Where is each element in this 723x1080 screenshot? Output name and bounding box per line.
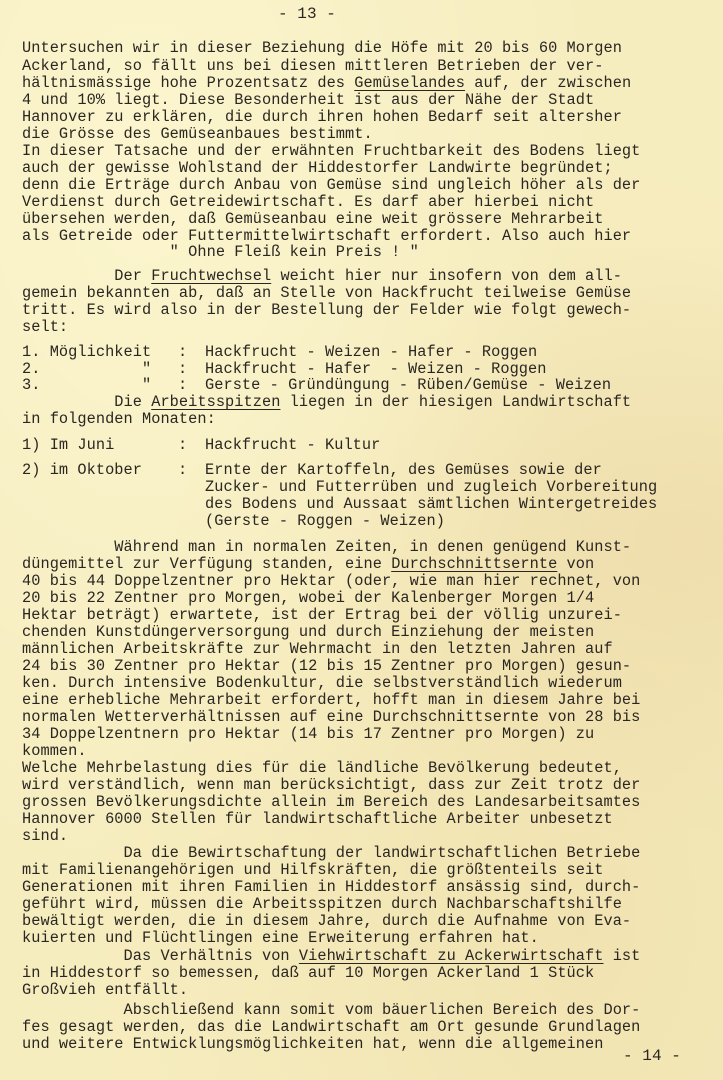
separator-colon: :: [178, 437, 187, 454]
separator-colon: :: [178, 344, 187, 361]
text-line: chenden Kunstdüngerversorgung und durch …: [22, 624, 594, 641]
text-run: hältnismässige hohe Prozentsatz des: [22, 74, 354, 92]
text-line: übersehen werden, daß Gemüseanbau eine w…: [22, 211, 603, 228]
work-peak-description: (Gerste - Roggen - Weizen): [205, 513, 445, 530]
text-line: sind.: [22, 828, 68, 845]
text-line: Ackerland, so fällt uns bei diesen mittl…: [22, 58, 603, 75]
typewritten-page: - 13 - Untersuchen wir in dieser Beziehu…: [0, 0, 723, 1080]
text-line: tritt. Es wird also in der Bestellung de…: [22, 302, 631, 319]
work-peak-month: 1) Im Juni: [22, 437, 114, 454]
text-line: In dieser Tatsache und der erwähnten Fru…: [22, 143, 640, 160]
underlined-term: Gemüselandes: [354, 74, 465, 92]
text-run: von: [557, 555, 594, 573]
underlined-term: Viehwirtschaft zu Ackerwirtschaft: [299, 947, 604, 965]
text-line: kuierten und Flüchtlingen eine Erweiteru…: [22, 930, 539, 947]
text-run: liegen in der hiesigen Landwirtschaft: [280, 393, 631, 411]
text-line: Die Arbeitsspitzen liegen in der hiesige…: [22, 394, 631, 411]
text-line: Während man in normalen Zeiten, in denen…: [22, 539, 631, 556]
text-line: hältnismässige hohe Prozentsatz des Gemü…: [22, 75, 631, 92]
text-line: bewältigt werden, die in diesem Jahre, d…: [22, 913, 631, 930]
text-line: mit Familienangehörigen und Hilfskräften…: [22, 862, 603, 879]
text-line: 4 und 10% liegt. Diese Besonderheit ist …: [22, 92, 594, 109]
text-line: kommen.: [22, 743, 87, 760]
work-peak-description: Hackfrucht - Kultur: [205, 437, 380, 454]
page-number-footer: - 14 -: [623, 1048, 681, 1065]
text-line: 20 bis 22 Zentner pro Morgen, wobei der …: [22, 590, 594, 607]
text-line: düngemittel zur Verfügung standen, eine …: [22, 556, 594, 573]
text-line: eine erhebliche Mehrarbeit erfordert, ho…: [22, 692, 640, 709]
text-run: düngemittel zur Verfügung standen, eine: [22, 555, 391, 573]
text-run: weicht hier nur insofern von dem all-: [271, 267, 622, 285]
text-line: und weitere Entwicklungsmöglichkeiten ha…: [22, 1036, 603, 1053]
text-run: ist: [603, 947, 640, 965]
text-line: in folgenden Monaten:: [22, 411, 216, 428]
work-peak-description: Zucker- und Futterrüben und zugleich Vor…: [205, 479, 657, 496]
text-line: Abschließend kann somit vom bäuerlichen …: [22, 1002, 640, 1019]
text-line: in Hiddestorf so bemessen, daß auf 10 Mo…: [22, 965, 594, 982]
text-line: Hektar beträgt) erwartete, ist der Ertra…: [22, 607, 622, 624]
rotation-option-label: 3. ": [22, 377, 151, 394]
work-peak-description: des Bodens und Aussaat sämtlichen Winter…: [205, 496, 657, 513]
separator-colon: :: [178, 377, 187, 394]
underlined-term: Durchschnittsernte: [391, 555, 557, 573]
text-line: wird verständlich, wenn man berücksichti…: [22, 777, 640, 794]
text-line: männlichen Arbeitskräfte zur Wehrmacht i…: [22, 641, 613, 658]
text-run: Die: [22, 393, 151, 411]
text-line: Verdienst durch Getreidewirtschaft. Es d…: [22, 194, 594, 211]
text-line: Hannover zu erklären, die durch ihren ho…: [22, 109, 622, 126]
text-line: Welche Mehrbelastung dies für die ländli…: [22, 760, 622, 777]
text-line: Hannover 6000 Stellen für landwirtschaft…: [22, 811, 613, 828]
work-peak-description: Ernte der Kartoffeln, des Gemüses sowie …: [205, 462, 602, 479]
text-line: Großvieh entfällt.: [22, 982, 188, 999]
text-line: Das Verhältnis von Viehwirtschaft zu Ack…: [22, 948, 640, 965]
text-line: selt:: [22, 319, 68, 336]
text-line: " Ohne Fleiß kein Preis ! ": [22, 244, 419, 261]
text-line: Untersuchen wir in dieser Beziehung die …: [22, 40, 622, 57]
text-run: auf, der zwischen: [465, 74, 631, 92]
text-line: gemein bekannten ab, daß an Stelle von H…: [22, 285, 631, 302]
rotation-sequence: Hackfrucht - Weizen - Hafer - Roggen: [205, 344, 537, 361]
text-line: ken. Durch intensive Bodenkultur, die se…: [22, 675, 622, 692]
separator-colon: :: [178, 462, 187, 479]
text-line: denn die Erträge durch Anbau von Gemüse …: [22, 177, 640, 194]
text-line: geführt wird, müssen die Arbeitsspitzen …: [22, 896, 622, 913]
text-line: grossen Bevölkerungsdichte allein im Ber…: [22, 794, 640, 811]
page-number-header: - 13 -: [278, 6, 336, 23]
underlined-term: Fruchtwechsel: [151, 267, 271, 285]
text-line: die Grösse des Gemüseanbaues bestimmt.: [22, 126, 373, 143]
text-run: Das Verhältnis von: [22, 947, 299, 965]
underlined-term: Arbeitsspitzen: [151, 393, 280, 411]
text-run: Der: [22, 267, 151, 285]
text-line: auch der gewisse Wohlstand der Hiddestor…: [22, 160, 613, 177]
text-line: normalen Wetterverhältnissen auf eine Du…: [22, 709, 640, 726]
text-line: 40 bis 44 Doppelzentner pro Hektar (oder…: [22, 573, 640, 590]
work-peak-month: 2) im Oktober: [22, 462, 142, 479]
text-line: 24 bis 30 Zentner pro Hektar (12 bis 15 …: [22, 658, 631, 675]
text-line: Da die Bewirtschaftung der landwirtschaf…: [22, 845, 640, 862]
text-line: fes gesagt werden, das die Landwirtschaf…: [22, 1019, 640, 1036]
rotation-option-label: 1. Möglichkeit: [22, 344, 151, 361]
text-line: Der Fruchtwechsel weicht hier nur insofe…: [22, 268, 622, 285]
rotation-sequence: Gerste - Gründüngung - Rüben/Gemüse - We…: [205, 377, 611, 394]
text-line: 34 Doppelzentnern pro Hektar (14 bis 17 …: [22, 726, 594, 743]
text-line: Generationen mit ihren Familien in Hidde…: [22, 879, 640, 896]
